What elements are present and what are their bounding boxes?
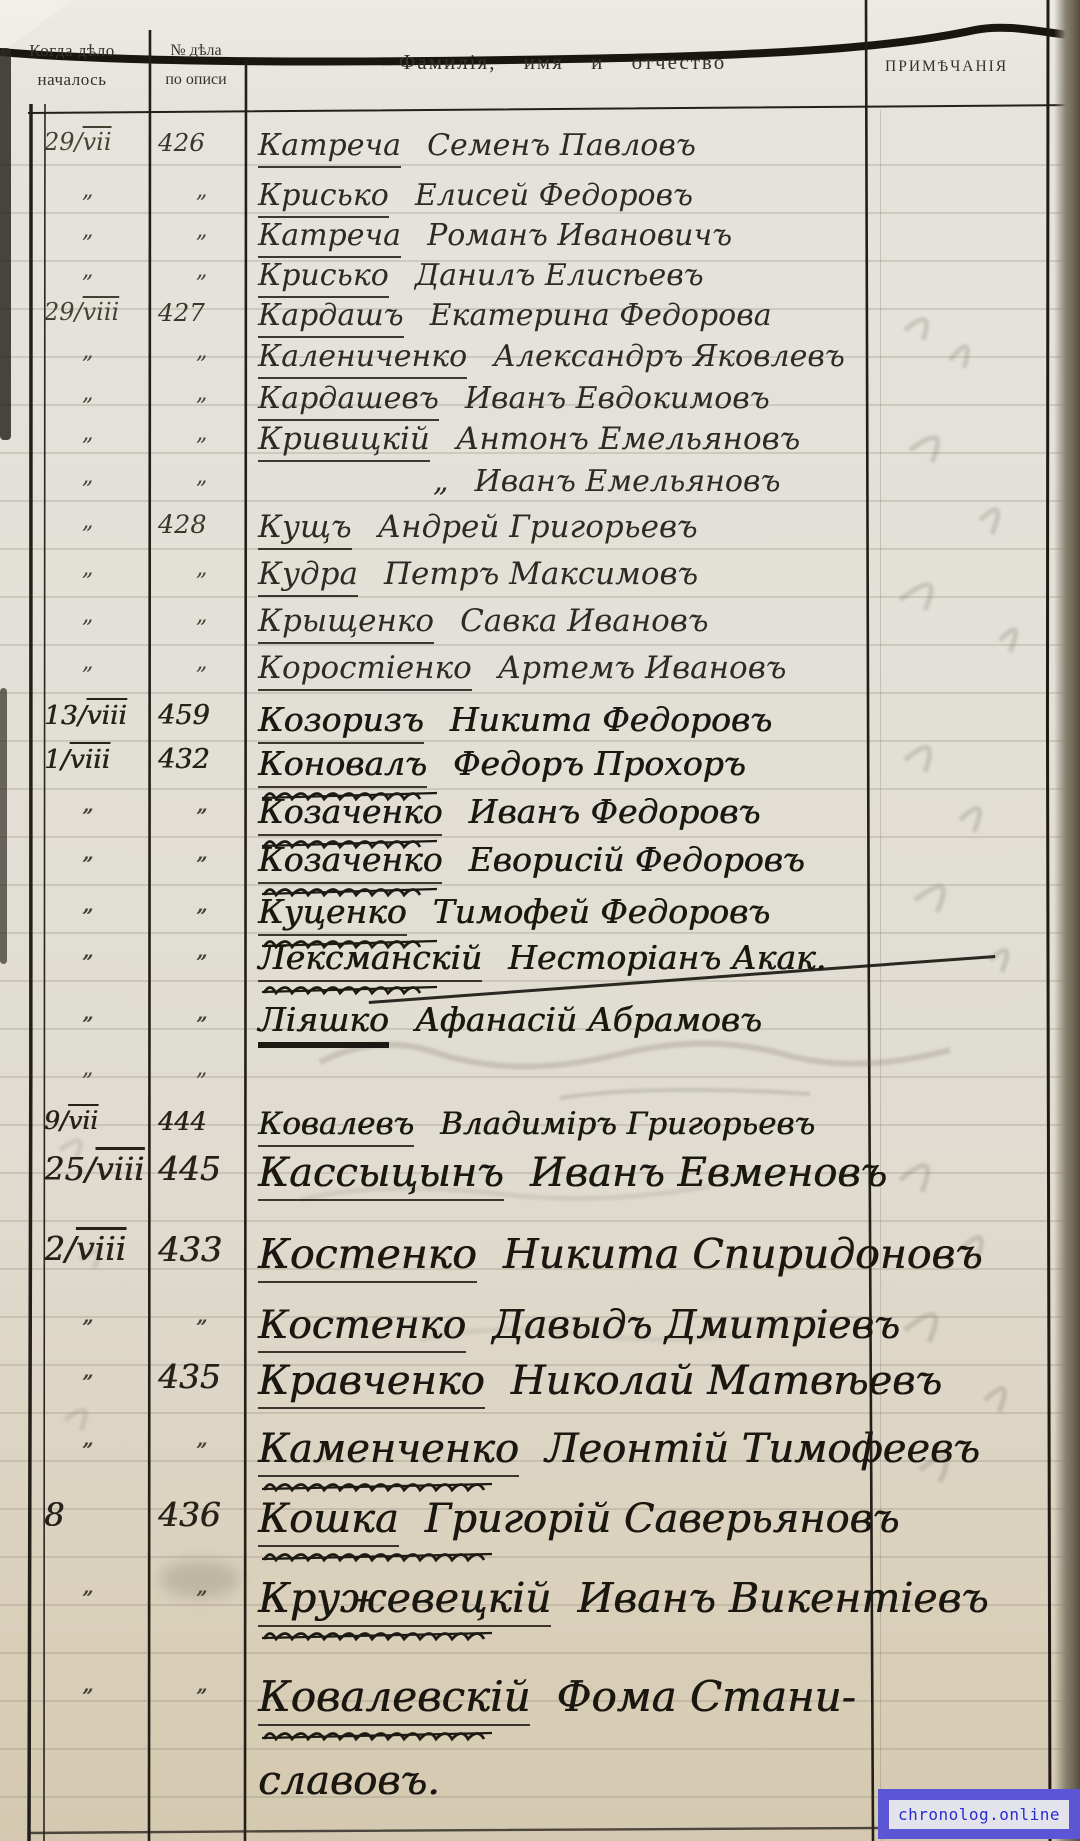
case-number-cell: 432: [158, 744, 246, 775]
surname: Козоризъ: [258, 700, 424, 744]
given-name: Давыдъ Дмитріевъ: [492, 1303, 900, 1348]
name-cell: КривицкійАнтонъ Емельяновъ: [258, 421, 800, 462]
column-header-number: № дѣла по описи: [150, 36, 242, 94]
date-cell: 2/viii: [44, 1230, 152, 1268]
struck-out-scribble: [262, 1627, 492, 1653]
surname: Калениченко: [258, 339, 467, 379]
name-cell: КалениченкоАлександръ Яковлевъ: [258, 339, 845, 379]
given-name: Еворисій Федоровъ: [468, 840, 804, 879]
given-name: Никита Федоровъ: [450, 700, 772, 739]
surname: Кривицкій: [258, 421, 430, 462]
surname: Кассыцынъ: [258, 1150, 504, 1201]
given-name: Андрей Григорьевъ: [378, 509, 698, 545]
surname: Костенко: [258, 1303, 466, 1353]
watermark-badge: chronolog.online: [878, 1789, 1080, 1839]
surname: Каменченко: [258, 1426, 519, 1477]
date-cell: 29/viii: [44, 298, 152, 326]
date-cell: 8: [44, 1496, 152, 1534]
case-number-cell: 445: [158, 1150, 246, 1188]
date-cell: 29/vii: [44, 128, 152, 156]
given-name: Артемъ Ивановъ: [498, 650, 787, 686]
case-number-cell: 459: [158, 700, 246, 731]
column-header-name: Фамилія, имя и отчество: [255, 50, 870, 75]
given-name: Данилъ Елисѣевъ: [415, 258, 704, 293]
surname: Кардашъ: [258, 298, 404, 338]
name-cell: КриськоЕлисей Федоровъ: [258, 178, 693, 218]
name-cell: КоновалъФедоръ Прохоръ: [258, 744, 746, 788]
name-cell: КаменченкоЛеонтій Тимофеевъ: [258, 1426, 980, 1477]
roman-month: vii: [68, 1106, 98, 1135]
name-cell: КовалевъВладиміръ Григорьевъ: [258, 1106, 815, 1147]
given-name: Григорій Саверьяновъ: [425, 1496, 900, 1542]
surname: Крисько: [258, 258, 389, 298]
given-name: Иванъ Евдокимовъ: [465, 381, 770, 416]
case-number-cell: 436: [158, 1496, 246, 1534]
name-cell: КардашевъИванъ Евдокимовъ: [258, 381, 770, 421]
name-cell: КрыщенкоСавка Ивановъ: [258, 603, 709, 644]
date-cell: 9/vii: [44, 1106, 152, 1135]
given-name: Никита Спиридоновъ: [503, 1230, 983, 1278]
watermark-text: chronolog.online: [889, 1800, 1069, 1829]
name-cell: КовалевскійФома Стани-: [258, 1672, 856, 1726]
case-number-cell: „: [158, 464, 284, 489]
surname: Козаченко: [258, 792, 442, 836]
page-edge-left: [0, 688, 7, 964]
struck-out-scribble: [262, 1727, 492, 1753]
given-name: Елисей Федоровъ: [415, 178, 693, 213]
case-number-cell: 435: [158, 1358, 246, 1396]
surname: Катреча: [258, 218, 401, 258]
case-number-cell: 428: [158, 509, 246, 539]
name-cell: славовъ.: [258, 1758, 440, 1804]
name-cell: КуценкоТимофей Федоровъ: [258, 892, 770, 936]
surname: Кравченко: [258, 1358, 485, 1409]
given-name: Иванъ Викентіевъ: [577, 1574, 988, 1622]
name-cell: КозоризъНикита Федоровъ: [258, 700, 772, 744]
name-cell: КатречаРоманъ Ивановичъ: [258, 218, 732, 258]
name-cell: КравченкоНиколай Матвѣевъ: [258, 1358, 942, 1409]
roman-month: viii: [96, 1150, 145, 1188]
date-cell: 1/viii: [44, 744, 152, 775]
surname: Кошка: [258, 1496, 399, 1547]
page-edge-right: [1054, 0, 1080, 1841]
surname: Кудра: [258, 556, 358, 597]
given-name: Иванъ Емельяновъ: [475, 464, 781, 499]
surname: Ковалевскій: [258, 1672, 530, 1726]
name-cell: КриськоДанилъ Елисѣевъ: [258, 258, 704, 298]
surname: Лексманскій: [258, 938, 482, 982]
surname: Коновалъ: [258, 744, 427, 788]
ledger-page: Когда дѣло началось № дѣла по описи Фами…: [0, 0, 1080, 1841]
surname: Катреча: [258, 128, 401, 168]
roman-month: viii: [83, 298, 120, 326]
name-cell: КостенкоНикита Спиридоновъ: [258, 1230, 983, 1283]
name-cell: КозаченкоИванъ Федоровъ: [258, 792, 760, 836]
ink-stain: [160, 1560, 240, 1598]
given-name: Николай Матвѣевъ: [511, 1358, 942, 1404]
given-name: Афанасій Абрамовъ: [415, 1000, 762, 1039]
surname: Куценко: [258, 892, 407, 936]
name-cell: КошкаГригорій Саверьяновъ: [258, 1496, 899, 1547]
given-name: Александръ Яковлевъ: [493, 339, 845, 374]
case-number-cell: 427: [158, 298, 246, 327]
name-cell: ЛіяшкоАфанасій Абрамовъ: [258, 1000, 762, 1048]
name-cell: КассыцынъИванъ Евменовъ: [258, 1150, 887, 1201]
given-name: Семенъ Павловъ: [427, 128, 696, 163]
surname: Костенко: [258, 1230, 477, 1283]
case-number-cell: 433: [158, 1230, 246, 1269]
surname: Кущъ: [258, 509, 352, 550]
column-header-notes: ПРИМѢЧАНІЯ: [885, 58, 1065, 76]
surname: Крыщенко: [258, 603, 434, 644]
given-name: Тимофей Федоровъ: [433, 892, 771, 931]
given-name: Антонъ Емельяновъ: [456, 421, 801, 457]
date-cell: 13/viii: [44, 700, 152, 731]
case-number-cell: 426: [158, 128, 246, 157]
given-name: Савка Ивановъ: [460, 603, 708, 639]
column-header-date: Когда дѣло началось: [12, 36, 132, 94]
roman-month: viii: [86, 700, 126, 731]
date-cell: 25/viii: [44, 1150, 152, 1188]
given-name: Федоръ Прохоръ: [453, 744, 746, 783]
name-cell: КозаченкоЕворисій Федоровъ: [258, 840, 805, 884]
surname: Ліяшко: [258, 1000, 389, 1048]
name-cell: КатречаСеменъ Павловъ: [258, 128, 696, 168]
page-edge-left: [0, 48, 11, 440]
roman-month: viii: [70, 744, 110, 775]
roman-month: vii: [83, 128, 112, 156]
given-name: Иванъ Евменовъ: [530, 1150, 887, 1196]
given-name: Екатерина Федорова: [430, 298, 772, 333]
given-name: Иванъ Федоровъ: [468, 792, 760, 831]
surname: Коростіенко: [258, 650, 472, 691]
case-number-cell: 444: [158, 1106, 246, 1136]
given-name: Владиміръ Григорьевъ: [440, 1106, 815, 1142]
name-cell: КостенкоДавыдъ Дмитріевъ: [258, 1303, 900, 1353]
name-cell: „Иванъ Емельяновъ: [433, 464, 780, 502]
given-name: Романъ Ивановичъ: [427, 218, 732, 253]
surname: „: [433, 464, 449, 502]
name-cell: КудраПетръ Максимовъ: [258, 556, 698, 597]
surname: Козаченко: [258, 840, 442, 884]
surname: Крисько: [258, 178, 389, 218]
given-name: славовъ.: [258, 1758, 440, 1804]
case-number-cell: „: [158, 1056, 284, 1081]
roman-month: viii: [76, 1230, 126, 1268]
struck-out-scribble: [262, 1548, 492, 1574]
name-cell: КардашъЕкатерина Федорова: [258, 298, 772, 338]
surname: Кардашевъ: [258, 381, 439, 421]
given-name: Леонтій Тимофеевъ: [545, 1426, 980, 1472]
given-name: Петръ Максимовъ: [384, 556, 698, 592]
name-cell: КружевецкійИванъ Викентіевъ: [258, 1574, 989, 1627]
surname: Ковалевъ: [258, 1106, 414, 1147]
name-cell: КущъАндрей Григорьевъ: [258, 509, 698, 550]
surname: Кружевецкій: [258, 1574, 551, 1627]
given-name: Фома Стани-: [556, 1672, 855, 1721]
name-cell: КоростіенкоАртемъ Ивановъ: [258, 650, 786, 691]
